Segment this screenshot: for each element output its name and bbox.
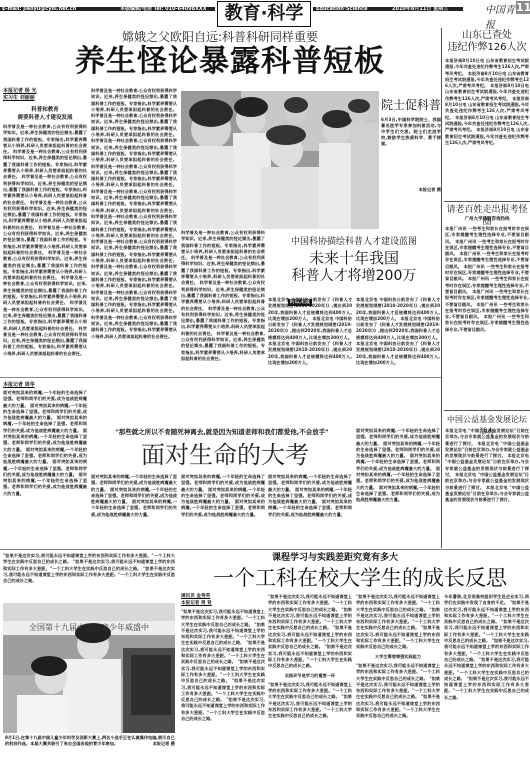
eng-body-text: "如果不是这次实习,我可能永远不知道课堂上学的东西和实际工作有多大差距。"一个工… [181,609,265,627]
lead-headline: 养生怪论暴露科普短板 [50,44,410,80]
section-title: 教育·科学 [217,1,311,27]
photo-feature-sidebar: 院士促科普 6月3日,中国科学院院士、我国著名医学专家参加科普活动,与中学生们交… [381,91,441,229]
eng-body-text: "如果不是这次实习,我可能永远不知道课堂上学的东西和实际工作有多大差距。"一个工… [356,594,440,612]
right-story1-headline-1: 山东已查处 [444,30,530,42]
lead-body-text: 科学普及是一种社会教育,公众有权利获得科学知识。近来,养生保健类的怪论频出,暴露… [91,290,177,314]
eng-byline-2: 本报记者 周 贤 [181,601,265,608]
eng-left-top-body: "如果不是这次实习,我可能永远不知道课堂上学的东西和实际工作有多大差距。"一个工… [3,553,175,601]
lead-bylines: 本报记者 杨 光 实习生 刘丽丽 科普和教育 需要科普人才建设发展 [3,88,87,122]
children-photo-caption: 8月1日,在第十九届中国儿童少年科学及创新大赛上,两名小选手正在认真操作电脑,展… [5,735,175,747]
lead-subhead-2: 需要科普人才建设发展 [3,114,87,122]
lead-body-text: 科学普及是一种社会教育,公众有权利获得科学知识。近来,养生保健类的怪论频出,暴露… [91,315,177,339]
lead-body-text: 科学普及是一种社会教育,公众有权利获得科学知识。近来,养生保健类的怪论频出,暴露… [91,264,177,288]
talent-body-col3: 本报北京电 中国科协日前发布了《科普人才发展规划纲要(2010-2020年)》,… [356,297,440,375]
lead-body-col1: 科学普及是一种社会教育,公众有权利获得科学知识。近来,养生保健类的怪论频出,暴露… [3,124,87,374]
children-computer-photo: 全国第十九届中国儿童少年威盛中 [3,603,175,733]
academician-photo [181,91,379,229]
life-headline: 面对生命的大考 [100,440,350,470]
life-body-col5: 面对突如其来的病魔,一个年轻的生命选择了坚强。老师和同学们的关爱,成为他战胜病魔… [356,428,440,540]
life-body-col4: 面对突如其来的病魔,一个年轻的生命选择了坚强。老师和同学们的关爱,成为他战胜病魔… [268,474,352,540]
lead-kicker: 嫦娥之父欧阳自远:科普科研同样重要 [95,29,345,45]
eng-body-text: "如果不是这次实习,我可能永远不知道课堂上学的东西和实际工作有多大差距。"一个工… [268,594,352,612]
life-byline: 本报记者 周华 [3,382,87,389]
lead-subhead-1: 科普和教育 [3,106,87,114]
column-rule [441,28,442,548]
photo-feature-title: 院士促科普 [381,97,441,113]
right-story3-body: 本报北京电 "中国公益基金发展论坛"日前在京举办,与会专家就公益基金的发展现状与… [445,428,529,548]
people-photo-illustration [181,91,379,229]
photo-banner-text: 全国第十九届中国儿童少年威盛中 [3,623,175,633]
talent-headline-line2: 科普人才将增200万 [268,267,440,285]
life-body-col1: 面对突如其来的病魔,一个年轻的生命选择了坚强。老师和同学们的关爱,成为他战胜病魔… [3,390,87,540]
eng-body-col3: "如果不是这次实习,我可能永远不知道课堂上学的东西和实际工作有多大差距。"一个工… [356,594,440,763]
eng-bylines: 通讯员 金秀英 本报记者 周 贤 [181,594,265,607]
header-editor: 本版编辑/电话 Tel: 010-64098XXX [120,6,207,12]
talent-body-col1: 科学普及是一种社会教育,公众有权利获得科学知识。近来,养生保健类的怪论频出,暴露… [181,230,265,375]
life-body-col2: 面对突如其来的病魔,一个年轻的生命选择了坚强。老师和同学们的关爱,成为他战胜病魔… [91,474,177,540]
right-story1-headline-2: 违纪作弊126人次 [444,42,530,54]
right-story2-subhead: 广州大学录取咨询热线 [444,217,530,223]
eng-body-text: "如果不是这次实习,我可能永远不知道课堂上学的东西和实际工作有多大差距。"一个工… [356,663,440,681]
lead-body-text: 科学普及是一种社会教育,公众有权利获得科学知识。近来,养生保健类的怪论频出,暴露… [91,214,177,238]
life-body-col3: 面对突如其来的病魔,一个年轻的生命选择了坚强。老师和同学们的关爱,成为他战胜病魔… [181,474,265,540]
right-divider-1 [444,201,530,202]
eng-subhead-1: 实践环节是学习的重要一环 [268,673,352,679]
lead-body-text: 科学普及是一种社会教育,公众有权利获得科学知识。近来,养生保健类的怪论频出,暴露… [91,239,177,263]
section-english: Education·Science [316,6,367,12]
talent-body-text: 本报北京电 中国科协日前发布了《科普人才发展规划纲要(2010-2020年)》,… [268,341,352,365]
lead-byline-2: 实习生 刘丽丽 [3,95,87,102]
children-caption-text: 8月1日,在第十九届中国儿童少年科学及创新大赛上,两名小选手正在认真操作电脑,展… [5,735,175,746]
children-photo-credit: 本报记者 摄 [153,741,175,747]
right-story2-body: 本报广州讯 一些考生和家长在报考时存在误区,专家提醒考生理性选择专业,不要盲目跟… [445,226,529,406]
header-email: E-mail: jiaoyu@cyol.net.cn [2,6,76,12]
lead-byline-1: 本报记者 杨 光 [3,88,87,95]
eng-body-col2: "如果不是这次实习,我可能永远不知道课堂上学的东西和实际工作有多大差距。"一个工… [268,594,352,763]
life-kicker: "那些就之所以不肯随死神离去,就是因为知道老师和我们都爱他,不会放手" [92,428,352,437]
header-date: 2010年8月11日 星期三 [392,6,448,12]
eng-body-col4: 今年暑假,北京某高校组织学生赴企业实习,同学们在实践中发现了自身的不足。 "如果… [444,594,529,763]
right-story1-body: 本报济南8月10日电 山东省教育招生考试院通报,今年共查处违纪作弊考生126人次… [445,58,529,198]
eng-body-col1: "如果不是这次实习,我可能永远不知道课堂上学的东西和实际工作有多大差距。"一个工… [181,609,265,763]
section-divider-2 [0,549,530,550]
talent-headline-line1: 未来十年我国 [268,249,440,267]
talent-body-text: 本报北京电 中国科协日前发布了《科普人才发展规划纲要(2010-2020年)》,… [356,341,440,365]
photo-feature-caption: 6月3日,中国科学院院士、我国著名医学专家参加科普活动,与中学生们交流。院士们走… [381,117,441,147]
eng-subhead-2: 大学生需要增强实践能力 [356,654,440,660]
lead-body-text: 科学普及是一种社会教育,公众有权利获得科学知识。近来,养生保健类的怪论频出,暴露… [91,164,177,188]
section-divider-1 [0,377,441,378]
right-divider-2 [444,410,530,411]
page-number: 11 [516,1,530,14]
talent-kicker: 中国科协描绘科普人才建设蓝图 [268,236,440,248]
lead-body-text: 科学普及是一种社会教育,公众有权利获得科学知识。近来,养生保健类的怪论频出,暴露… [91,189,177,213]
lead-body-col2: 科学普及是一种社会教育,公众有权利获得科学知识。近来,养生保健类的怪论频出,暴露… [91,88,177,374]
talent-body-col2: 本报北京电 中国科协日前发布了《科普人才发展规划纲要(2010-2020年)》,… [268,297,352,375]
right-story2-headline: 请老百姓走出报考怪圈 [444,204,530,228]
eng-kicker: 课程学习与实践差距究竟有多大 [210,552,460,564]
lead-body-text: 科学普及是一种社会教育,公众有权利获得科学知识。近来,养生保健类的怪论频出,暴露… [91,88,177,112]
eng-headline: 一个工科在校大学生的成长反思 [190,564,530,592]
photo-credit: 本报记者 摄 [381,187,441,193]
lead-body-text: 科学普及是一种社会教育,公众有权利获得科学知识。近来,养生保健类的怪论频出,暴露… [91,138,177,162]
eng-body-text: "如果不是这次实习,我可能永远不知道课堂上学的东西和实际工作有多大差距。"一个工… [268,682,352,700]
lead-body-text: 科学普及是一种社会教育,公众有权利获得科学知识。近来,养生保健类的怪论频出,暴露… [91,113,177,137]
